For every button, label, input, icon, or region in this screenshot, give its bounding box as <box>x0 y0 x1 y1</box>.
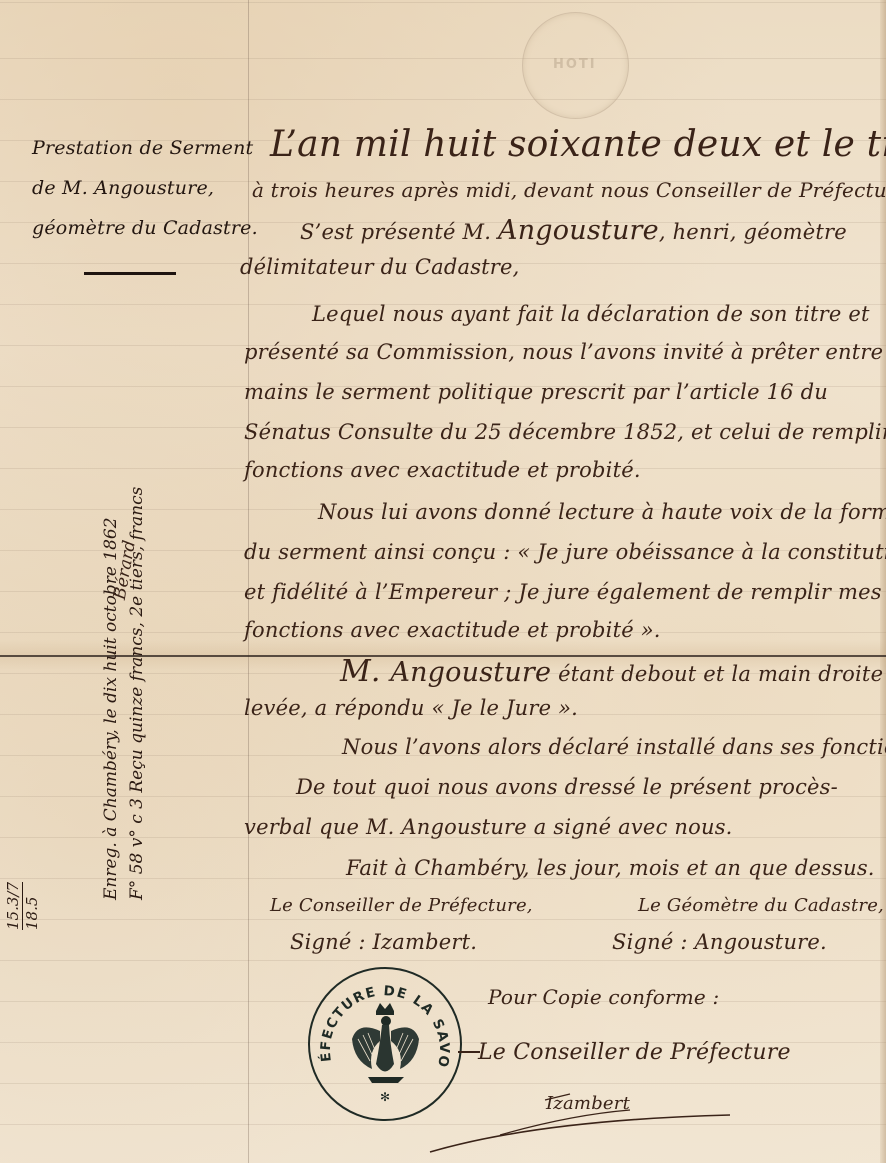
side-title-line-2: de M. Angousture, <box>32 168 242 208</box>
side-title: Prestation de Serment de M. Angousture, … <box>32 128 242 248</box>
body-text: étant debout et la main droite <box>551 662 883 686</box>
body-line: M. Angousture étant debout et la main dr… <box>340 654 883 689</box>
body-line: du serment ainsi conçu : « Je jure obéis… <box>244 540 886 564</box>
body-line: Nous l’avons alors déclaré installé dans… <box>342 735 886 759</box>
body-line: Lequel nous ayant fait la déclaration de… <box>312 302 870 326</box>
body-line: à trois heures après midi, devant nous C… <box>252 178 886 202</box>
name-angousture: Angousture <box>498 215 659 246</box>
body-line: Fait à Chambéry, les jour, mois et an qu… <box>346 856 875 880</box>
signature-flourish-icon <box>420 1090 740 1160</box>
body-line: levée, a répondu « Je le Jure ». <box>244 696 578 720</box>
body-line: S’est présenté M. Angousture, henri, géo… <box>300 215 847 246</box>
signature-right-signed: Signé : Angousture. <box>612 930 827 954</box>
body-line: mains le serment politique prescrit par … <box>244 380 828 404</box>
document-page: HOTI Prestation de Serment de M. Angoust… <box>0 0 886 1163</box>
signature-right-title: Le Géomètre du Cadastre, <box>638 895 884 916</box>
svg-text:✻: ✻ <box>380 1090 390 1104</box>
body-text: S’est présenté M. <box>300 220 498 244</box>
body-text: , henri, géomètre <box>659 220 847 244</box>
body-line: Sénatus Consulte du 25 décembre 1852, et… <box>244 420 886 444</box>
side-title-line-3: géomètre du Cadastre. <box>32 208 242 248</box>
body-line: fonctions avec exactitude et probité ». <box>244 618 661 642</box>
signature-left-title: Le Conseiller de Préfecture, <box>270 895 533 916</box>
body-line: présenté sa Commission, nous l’avons inv… <box>244 340 886 364</box>
stamp-connector-line <box>458 1051 480 1053</box>
margin-fraction: 15.3/7 18.5 <box>4 882 41 930</box>
body-line: Nous lui avons donné lecture à haute voi… <box>318 500 886 524</box>
name-angousture: Angousture <box>390 657 551 688</box>
fraction-denominator: 18.5 <box>23 882 41 930</box>
body-line: De tout quoi nous avons dressé le présen… <box>296 775 838 799</box>
side-title-underline <box>84 272 176 275</box>
body-text: De tout quoi nous avons dressé le présen… <box>296 775 838 799</box>
body-line: L’an mil huit soixante deux et le trente… <box>270 124 886 165</box>
body-line: verbal que M. Angousture a signé avec no… <box>244 815 733 839</box>
side-title-line-1: Prestation de Serment <box>32 128 242 168</box>
body-text: M. <box>340 654 390 689</box>
body-line: et fidélité à l’Empereur ; Je jure égale… <box>244 580 882 604</box>
drop-cap: L’an mil huit soixante deux et le trente… <box>270 124 886 165</box>
embossed-seal: HOTI <box>522 12 629 119</box>
certification-line-1: Pour Copie conforme : <box>488 985 719 1009</box>
fraction-numerator: 15.3/7 <box>4 882 23 930</box>
certification-line-2: Le Conseiller de Préfecture <box>478 1040 791 1065</box>
body-line: délimitateur du Cadastre, <box>240 255 520 279</box>
embossed-seal-text: HOTI <box>553 57 597 72</box>
body-line: fonctions avec exactitude et probité. <box>244 458 641 482</box>
signature-left-signed: Signé : Izambert. <box>290 930 477 954</box>
